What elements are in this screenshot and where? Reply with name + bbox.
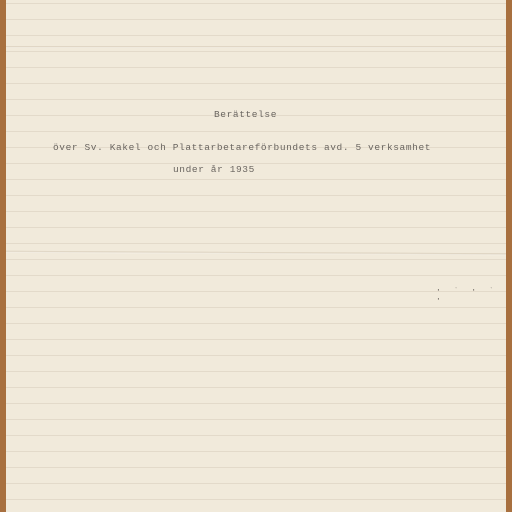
fold-crease-top xyxy=(6,46,506,48)
document-year-line: under år 1935 xyxy=(173,164,255,175)
document-subtitle: över Sv. Kakel och Plattarbetareförbunde… xyxy=(53,142,431,153)
document-page: Berättelse över Sv. Kakel och Plattarbet… xyxy=(6,0,506,512)
fold-crease-middle xyxy=(6,251,506,256)
document-title: Berättelse xyxy=(214,109,277,120)
ink-specks: · ˑ · ˑ · xyxy=(436,286,506,304)
